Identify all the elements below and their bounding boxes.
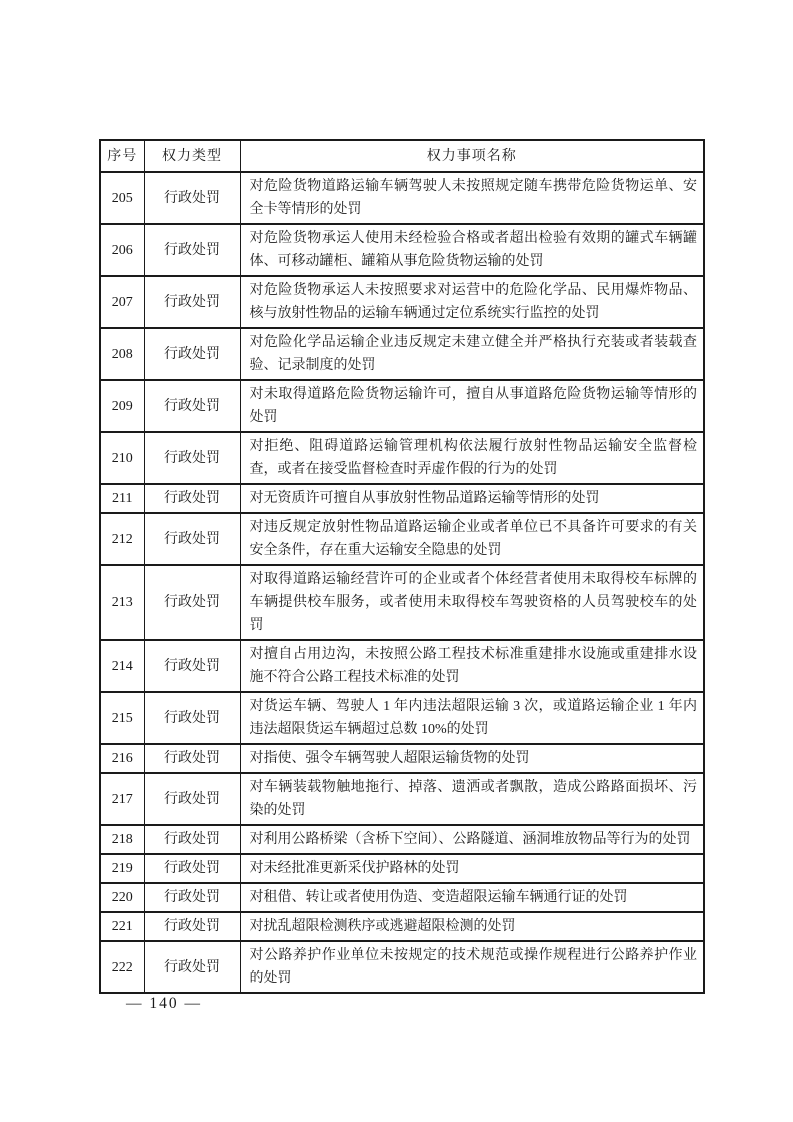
serial-cell: 218 xyxy=(100,825,144,854)
type-cell: 行政处罚 xyxy=(144,172,240,224)
name-cell: 对未取得道路危险货物运输许可，擅自从事道路危险货物运输等情形的处罚 xyxy=(240,380,704,432)
type-cell: 行政处罚 xyxy=(144,432,240,484)
type-cell: 行政处罚 xyxy=(144,912,240,941)
table-row: 211行政处罚对无资质许可擅自从事放射性物品道路运输等情形的处罚 xyxy=(100,484,704,513)
name-cell: 对指使、强令车辆驾驶人超限运输货物的处罚 xyxy=(240,744,704,773)
name-cell: 对无资质许可擅自从事放射性物品道路运输等情形的处罚 xyxy=(240,484,704,513)
column-header-type: 权力类型 xyxy=(144,140,240,172)
name-cell: 对扰乱超限检测秩序或逃避超限检测的处罚 xyxy=(240,912,704,941)
serial-cell: 206 xyxy=(100,224,144,276)
page-number: — 140 — xyxy=(126,995,202,1013)
table-row: 209行政处罚对未取得道路危险货物运输许可，擅自从事道路危险货物运输等情形的处罚 xyxy=(100,380,704,432)
type-cell: 行政处罚 xyxy=(144,380,240,432)
name-cell: 对危险货物道路运输车辆驾驶人未按照规定随车携带危险货物运单、安全卡等情形的处罚 xyxy=(240,172,704,224)
table-row: 220行政处罚对租借、转让或者使用伪造、变造超限运输车辆通行证的处罚 xyxy=(100,883,704,912)
table-row: 215行政处罚对货运车辆、驾驶人 1 年内违法超限运输 3 次，或道路运输企业 … xyxy=(100,692,704,744)
type-cell: 行政处罚 xyxy=(144,565,240,640)
serial-cell: 213 xyxy=(100,565,144,640)
table-row: 219行政处罚对未经批准更新采伐护路林的处罚 xyxy=(100,854,704,883)
serial-cell: 216 xyxy=(100,744,144,773)
document-page: 序号 权力类型 权力事项名称 205行政处罚对危险货物道路运输车辆驾驶人未按照规… xyxy=(0,0,793,1122)
serial-cell: 214 xyxy=(100,640,144,692)
serial-cell: 222 xyxy=(100,941,144,993)
column-header-serial: 序号 xyxy=(100,140,144,172)
type-cell: 行政处罚 xyxy=(144,513,240,565)
table-row: 212行政处罚对违反规定放射性物品道路运输企业或者单位已不具备许可要求的有关安全… xyxy=(100,513,704,565)
type-cell: 行政处罚 xyxy=(144,854,240,883)
serial-cell: 220 xyxy=(100,883,144,912)
table-header-row: 序号 权力类型 权力事项名称 xyxy=(100,140,704,172)
table-row: 221行政处罚对扰乱超限检测秩序或逃避超限检测的处罚 xyxy=(100,912,704,941)
serial-cell: 217 xyxy=(100,773,144,825)
type-cell: 行政处罚 xyxy=(144,224,240,276)
table-row: 210行政处罚对拒绝、阻碍道路运输管理机构依法履行放射性物品运输安全监督检查，或… xyxy=(100,432,704,484)
type-cell: 行政处罚 xyxy=(144,825,240,854)
name-cell: 对危险货物承运人使用未经检验合格或者超出检验有效期的罐式车辆罐体、可移动罐柜、罐… xyxy=(240,224,704,276)
serial-cell: 211 xyxy=(100,484,144,513)
name-cell: 对危险化学品运输企业违反规定未建立健全并严格执行充装或者装载查验、记录制度的处罚 xyxy=(240,328,704,380)
table-row: 218行政处罚对利用公路桥梁（含桥下空间）、公路隧道、涵洞堆放物品等行为的处罚 xyxy=(100,825,704,854)
type-cell: 行政处罚 xyxy=(144,328,240,380)
serial-cell: 208 xyxy=(100,328,144,380)
name-cell: 对货运车辆、驾驶人 1 年内违法超限运输 3 次，或道路运输企业 1 年内违法超… xyxy=(240,692,704,744)
table-row: 217行政处罚对车辆装载物触地拖行、掉落、遗洒或者飘散，造成公路路面损坏、污染的… xyxy=(100,773,704,825)
name-cell: 对未经批准更新采伐护路林的处罚 xyxy=(240,854,704,883)
serial-cell: 212 xyxy=(100,513,144,565)
serial-cell: 207 xyxy=(100,276,144,328)
serial-cell: 210 xyxy=(100,432,144,484)
type-cell: 行政处罚 xyxy=(144,276,240,328)
type-cell: 行政处罚 xyxy=(144,883,240,912)
serial-cell: 205 xyxy=(100,172,144,224)
serial-cell: 219 xyxy=(100,854,144,883)
type-cell: 行政处罚 xyxy=(144,941,240,993)
table-row: 213行政处罚对取得道路运输经营许可的企业或者个体经营者使用未取得校车标牌的车辆… xyxy=(100,565,704,640)
name-cell: 对车辆装载物触地拖行、掉落、遗洒或者飘散，造成公路路面损坏、污染的处罚 xyxy=(240,773,704,825)
table-row: 214行政处罚对擅自占用边沟，未按照公路工程技术标准重建排水设施或重建排水设施不… xyxy=(100,640,704,692)
type-cell: 行政处罚 xyxy=(144,640,240,692)
serial-cell: 215 xyxy=(100,692,144,744)
table-row: 222行政处罚对公路养护作业单位未按规定的技术规范或操作规程进行公路养护作业的处… xyxy=(100,941,704,993)
table-row: 205行政处罚对危险货物道路运输车辆驾驶人未按照规定随车携带危险货物运单、安全卡… xyxy=(100,172,704,224)
name-cell: 对危险货物承运人未按照要求对运营中的危险化学品、民用爆炸物品、核与放射性物品的运… xyxy=(240,276,704,328)
serial-cell: 221 xyxy=(100,912,144,941)
serial-cell: 209 xyxy=(100,380,144,432)
type-cell: 行政处罚 xyxy=(144,484,240,513)
name-cell: 对拒绝、阻碍道路运输管理机构依法履行放射性物品运输安全监督检查，或者在接受监督检… xyxy=(240,432,704,484)
name-cell: 对公路养护作业单位未按规定的技术规范或操作规程进行公路养护作业的处罚 xyxy=(240,941,704,993)
power-items-table: 序号 权力类型 权力事项名称 205行政处罚对危险货物道路运输车辆驾驶人未按照规… xyxy=(99,139,705,994)
type-cell: 行政处罚 xyxy=(144,744,240,773)
name-cell: 对违反规定放射性物品道路运输企业或者单位已不具备许可要求的有关安全条件，存在重大… xyxy=(240,513,704,565)
table-row: 208行政处罚对危险化学品运输企业违反规定未建立健全并严格执行充装或者装载查验、… xyxy=(100,328,704,380)
table-row: 216行政处罚对指使、强令车辆驾驶人超限运输货物的处罚 xyxy=(100,744,704,773)
type-cell: 行政处罚 xyxy=(144,692,240,744)
column-header-name: 权力事项名称 xyxy=(240,140,704,172)
name-cell: 对取得道路运输经营许可的企业或者个体经营者使用未取得校车标牌的车辆提供校车服务，… xyxy=(240,565,704,640)
table-row: 206行政处罚对危险货物承运人使用未经检验合格或者超出检验有效期的罐式车辆罐体、… xyxy=(100,224,704,276)
name-cell: 对利用公路桥梁（含桥下空间）、公路隧道、涵洞堆放物品等行为的处罚 xyxy=(240,825,704,854)
type-cell: 行政处罚 xyxy=(144,773,240,825)
table-row: 207行政处罚对危险货物承运人未按照要求对运营中的危险化学品、民用爆炸物品、核与… xyxy=(100,276,704,328)
name-cell: 对租借、转让或者使用伪造、变造超限运输车辆通行证的处罚 xyxy=(240,883,704,912)
name-cell: 对擅自占用边沟，未按照公路工程技术标准重建排水设施或重建排水设施不符合公路工程技… xyxy=(240,640,704,692)
